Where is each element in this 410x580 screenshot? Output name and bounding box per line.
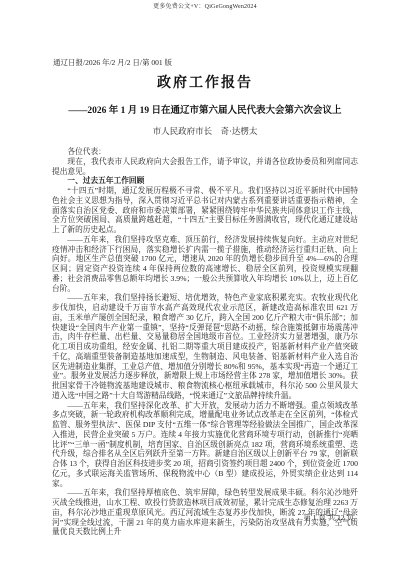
- paragraph: “十四五”时期，通辽发展历程极不寻常、极不平凡。我们坚持以习近平新时代中国特色社…: [52, 186, 358, 235]
- paragraph: 现在，我代表市人民政府向大会报告工作，请予审议，并请各位政协委员和列席同志提出意…: [52, 157, 358, 177]
- document-page: 更多免费公文+V：QiGeGongWen2024 通辽日报/2026 年/2 月…: [0, 0, 410, 580]
- subtitle: ——2026 年 1 月 19 日在通辽市第六届人民代表大会第六次会议上: [0, 102, 410, 116]
- paragraph: 各位代表：: [52, 147, 358, 157]
- page-number: 第 1 页 共 12 页: [303, 512, 354, 523]
- byline: 市人民政府市长 奇·达楞太: [0, 125, 410, 137]
- watermark-text: 更多免费公文+V：QiGeGongWen2024: [0, 1, 410, 10]
- masthead: 通辽日报/2026 年/2 月/2 日/第 001 版: [53, 57, 172, 68]
- section-heading: 一、过去五年工作回顾: [52, 176, 358, 186]
- document-body: 各位代表：现在，我代表市人民政府向大会报告工作，请予审议，并请各位政协委员和列席…: [52, 147, 358, 537]
- paragraph: ——五年来，我们坚持攻坚克难、顶压前行，经济发展持续恢复向好。主动应对世纪疫情冲…: [52, 235, 358, 294]
- page-title: 政府工作报告: [0, 72, 410, 92]
- paragraph: ——五年来，我们坚持扬长避短、培优增效，特色产业家底积累充实。农牧业现代化步伐加…: [52, 293, 358, 400]
- paragraph: ——五年来，我们坚持深化改革、扩大开放，发展动力活力不断增强。重点领域改革多点突…: [52, 401, 358, 489]
